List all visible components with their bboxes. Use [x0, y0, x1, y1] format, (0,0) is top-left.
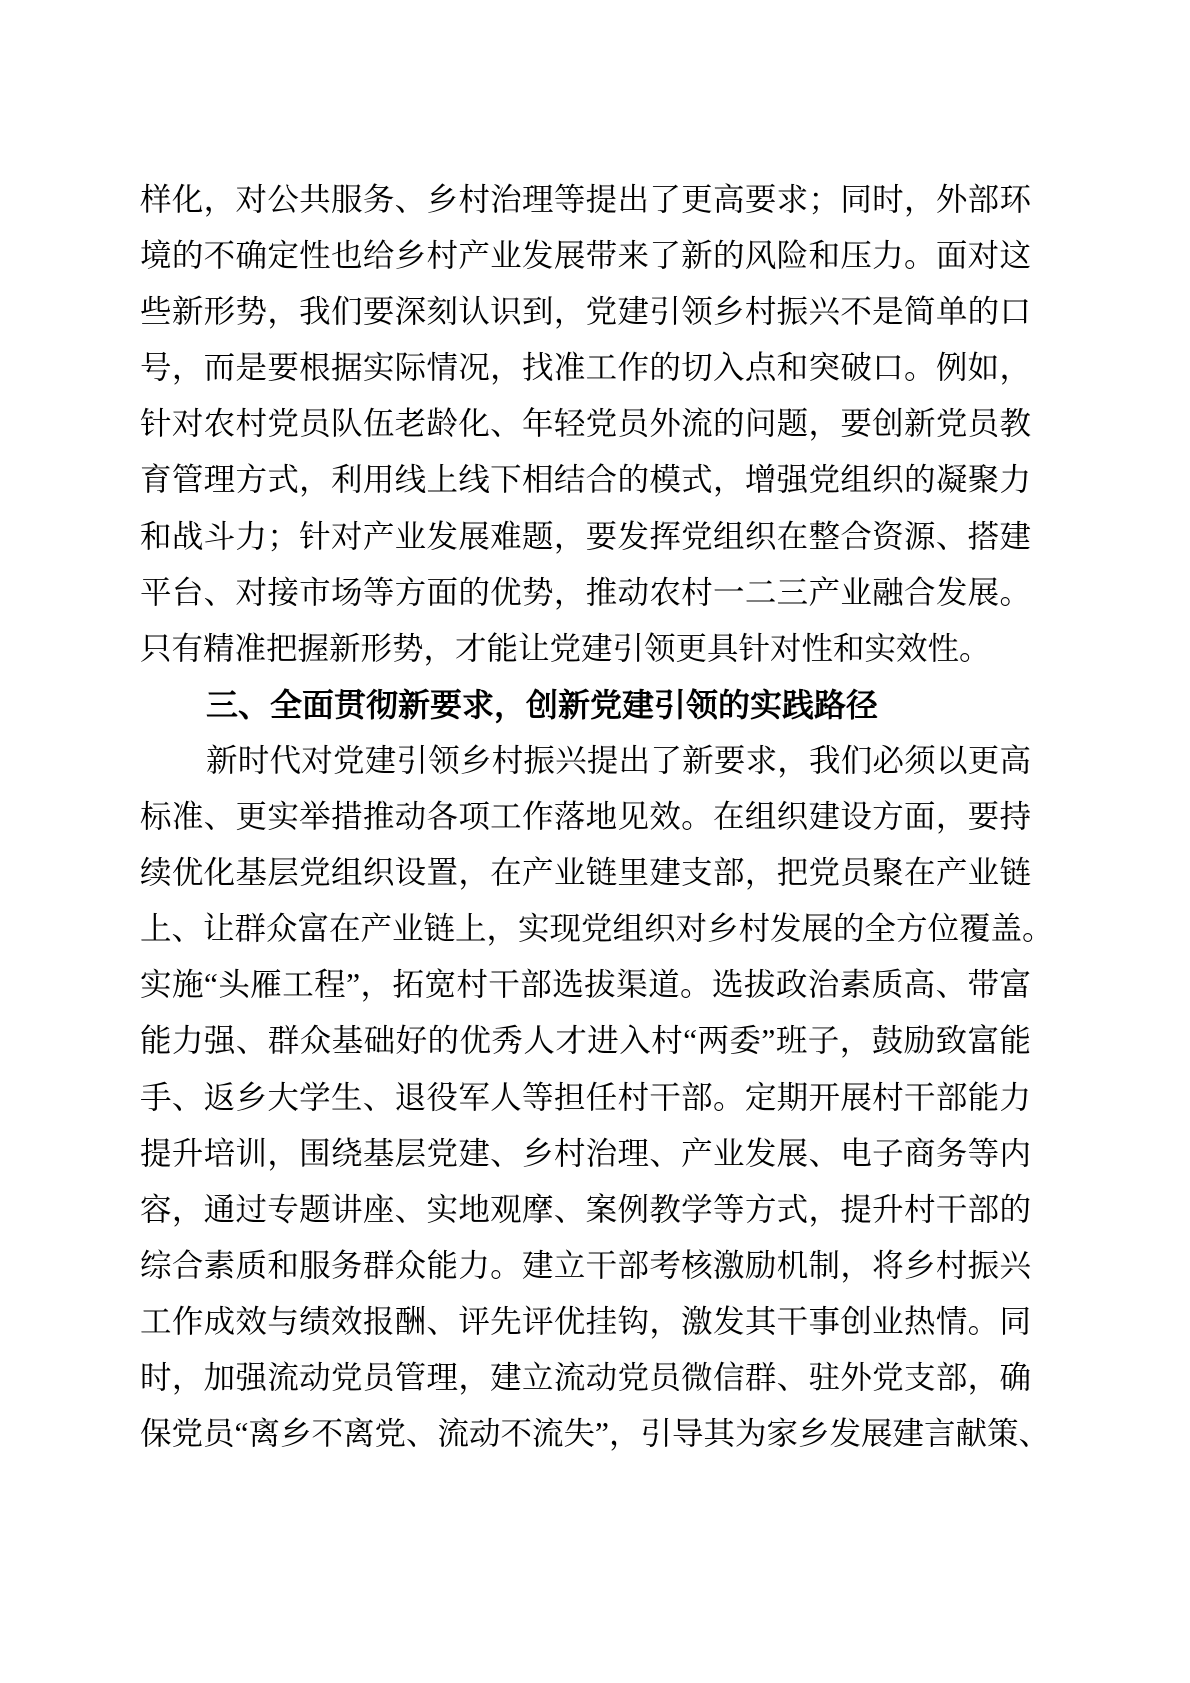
- text-line: 号，而是要根据实际情况，找准工作的切入点和突破口。例如，: [140, 340, 1031, 396]
- document-page: 样化，对公共服务、乡村治理等提出了更高要求；同时，外部环 境的不确定性也给乡村产…: [0, 0, 1190, 1683]
- text-line: 标准、更实举措推动各项工作落地见效。在组织建设方面，要持: [140, 789, 1031, 845]
- text-line: 保党员“离乡不离党、流动不流失”，引导其为家乡发展建言献策、: [140, 1406, 1031, 1462]
- text-line: 新时代对党建引领乡村振兴提出了新要求，我们必须以更高: [140, 733, 1031, 789]
- text-line: 容，通过专题讲座、实地观摩、案例教学等方式，提升村干部的: [140, 1182, 1031, 1238]
- text-line: 实施“头雁工程”，拓宽村干部选拔渠道。选拔政治素质高、带富: [140, 957, 1031, 1013]
- text-line: 和战斗力；针对产业发展难题，要发挥党组织在整合资源、搭建: [140, 509, 1031, 565]
- text-line: 境的不确定性也给乡村产业发展带来了新的风险和压力。面对这: [140, 228, 1031, 284]
- text-line: 样化，对公共服务、乡村治理等提出了更高要求；同时，外部环: [140, 172, 1031, 228]
- text-block: 样化，对公共服务、乡村治理等提出了更高要求；同时，外部环 境的不确定性也给乡村产…: [140, 172, 1031, 1462]
- text-line: 手、返乡大学生、退役军人等担任村干部。定期开展村干部能力: [140, 1070, 1031, 1126]
- text-line: 只有精准把握新形势，才能让党建引领更具针对性和实效性。: [140, 621, 1031, 677]
- section-heading: 三、全面贯彻新要求，创新党建引领的实践路径: [140, 677, 1031, 733]
- text-line: 育管理方式，利用线上线下相结合的模式，增强党组织的凝聚力: [140, 452, 1031, 508]
- text-line: 续优化基层党组织设置，在产业链里建支部，把党员聚在产业链: [140, 845, 1031, 901]
- text-line: 上、让群众富在产业链上，实现党组织对乡村发展的全方位覆盖。: [140, 901, 1031, 957]
- text-line: 能力强、群众基础好的优秀人才进入村“两委”班子，鼓励致富能: [140, 1013, 1031, 1069]
- text-line: 时，加强流动党员管理，建立流动党员微信群、驻外党支部，确: [140, 1350, 1031, 1406]
- text-line: 平台、对接市场等方面的优势，推动农村一二三产业融合发展。: [140, 565, 1031, 621]
- text-line: 工作成效与绩效报酬、评先评优挂钩，激发其干事创业热情。同: [140, 1294, 1031, 1350]
- text-line: 综合素质和服务群众能力。建立干部考核激励机制，将乡村振兴: [140, 1238, 1031, 1294]
- text-line: 针对农村党员队伍老龄化、年轻党员外流的问题，要创新党员教: [140, 396, 1031, 452]
- text-line: 提升培训，围绕基层党建、乡村治理、产业发展、电子商务等内: [140, 1126, 1031, 1182]
- text-line: 些新形势，我们要深刻认识到，党建引领乡村振兴不是简单的口: [140, 284, 1031, 340]
